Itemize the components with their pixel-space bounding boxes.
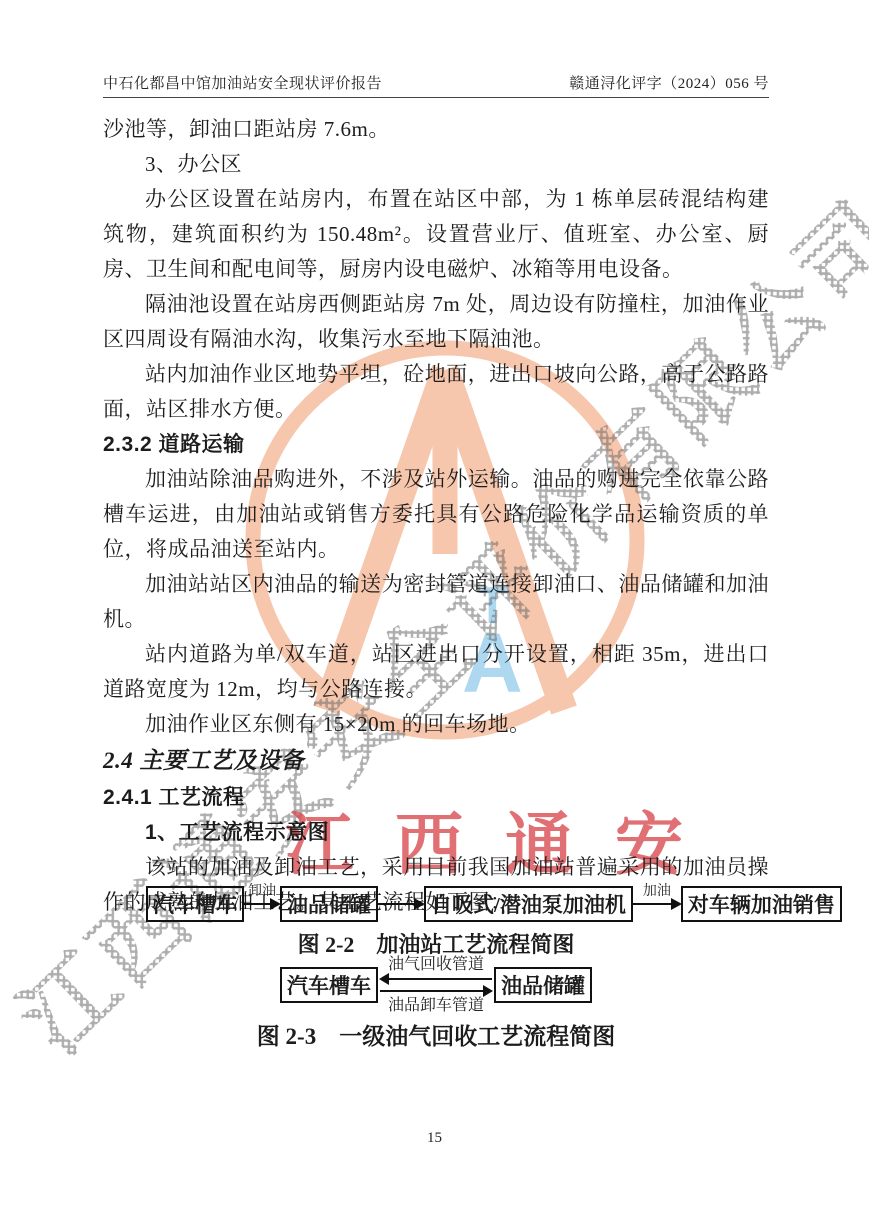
section-heading-2-4-1: 2.4.1 工艺流程 (103, 780, 769, 815)
paragraph: 站内加油作业区地势平坦，砼地面，进出口坡向公路，高于公路路面，站区排水方便。 (103, 357, 769, 427)
document-page: T A 江西通安安全评价有限公司 江西通安 中石化都昌中馆加油站安全现状评价报告… (0, 0, 869, 1228)
arrow-label-refuel: 加油 (643, 880, 671, 900)
figure-2-3-pipes: 油气回收管道 油品卸车管道 (380, 956, 492, 1014)
paragraph: 加油站除油品购进外，不涉及站外运输。油品的购进完全依靠公路槽车运进，由加油站或销… (103, 462, 769, 567)
header-report-title: 中石化都昌中馆加油站安全现状评价报告 (103, 72, 382, 93)
paragraph: 加油作业区东侧有 15×20m 的回车场地。 (103, 707, 769, 742)
figure-2-3-caption: 图 2-3 一级油气回收工艺流程简图 (103, 1018, 769, 1051)
flow-box-vehicle-sales: 对车辆加油销售 (681, 886, 842, 922)
page-header: 中石化都昌中馆加油站安全现状评价报告 赣通浔化评字（2024）056 号 (103, 72, 769, 98)
flow-box-tanker-truck: 汽车槽车 (146, 886, 244, 922)
flow-arrow-unload: 卸油 (244, 884, 280, 924)
pipe-label-unloading: 油品卸车管道 (388, 997, 484, 1014)
flow-box-storage-tank: 油品储罐 (494, 967, 592, 1003)
paragraph: 隔油池设置在站房西侧距站房 7m 处，周边设有防撞柱，加油作业区四周设有隔油水沟… (103, 287, 769, 357)
arrow-right-icon (380, 986, 492, 996)
figure-2-2-flow-diagram: 汽车槽车 卸油 油品储罐 自吸式/潜油泵加油机 加油 对车辆加油销售 (146, 884, 842, 924)
sub-heading-flow-diagram: 1、工艺流程示意图 (103, 815, 769, 850)
section-heading-2-4: 2.4 主要工艺及设备 (103, 742, 769, 780)
paragraph: 加油站站区内油品的输送为密封管道连接卸油口、油品储罐和加油机。 (103, 567, 769, 637)
document-body: 沙池等，卸油口距站房 7.6m。 3、办公区 办公区设置在站房内，布置在站区中部… (103, 112, 769, 920)
flow-box-dispenser: 自吸式/潜油泵加油机 (424, 886, 633, 922)
flow-box-tanker-truck: 汽车槽车 (280, 967, 378, 1003)
flow-arrow-plain (378, 884, 424, 924)
arrow-left-icon (380, 974, 492, 984)
figure-2-3-flow-diagram: 汽车槽车 油气回收管道 油品卸车管道 油品储罐 (103, 956, 769, 1014)
paragraph: 站内道路为单/双车道，站区进出口分开设置，相距 35m，进出口道路宽度为 12m… (103, 637, 769, 707)
page-number: 15 (0, 1130, 869, 1147)
figure-2-2-caption: 图 2-2 加油站工艺流程简图 (103, 928, 769, 959)
flow-arrow-refuel: 加油 (633, 884, 681, 924)
section-heading-2-3-2: 2.3.2 道路运输 (103, 427, 769, 462)
paragraph: 办公区设置在站房内，布置在站区中部，为 1 栋单层砖混结构建筑物，建筑面积约为 … (103, 182, 769, 287)
arrow-label-unload: 卸油 (248, 880, 276, 900)
sub-heading: 3、办公区 (103, 147, 769, 182)
header-document-number: 赣通浔化评字（2024）056 号 (569, 72, 769, 93)
flow-box-storage-tank: 油品储罐 (280, 886, 378, 922)
pipe-label-vapor-recovery: 油气回收管道 (388, 956, 484, 973)
paragraph: 沙池等，卸油口距站房 7.6m。 (103, 112, 769, 147)
